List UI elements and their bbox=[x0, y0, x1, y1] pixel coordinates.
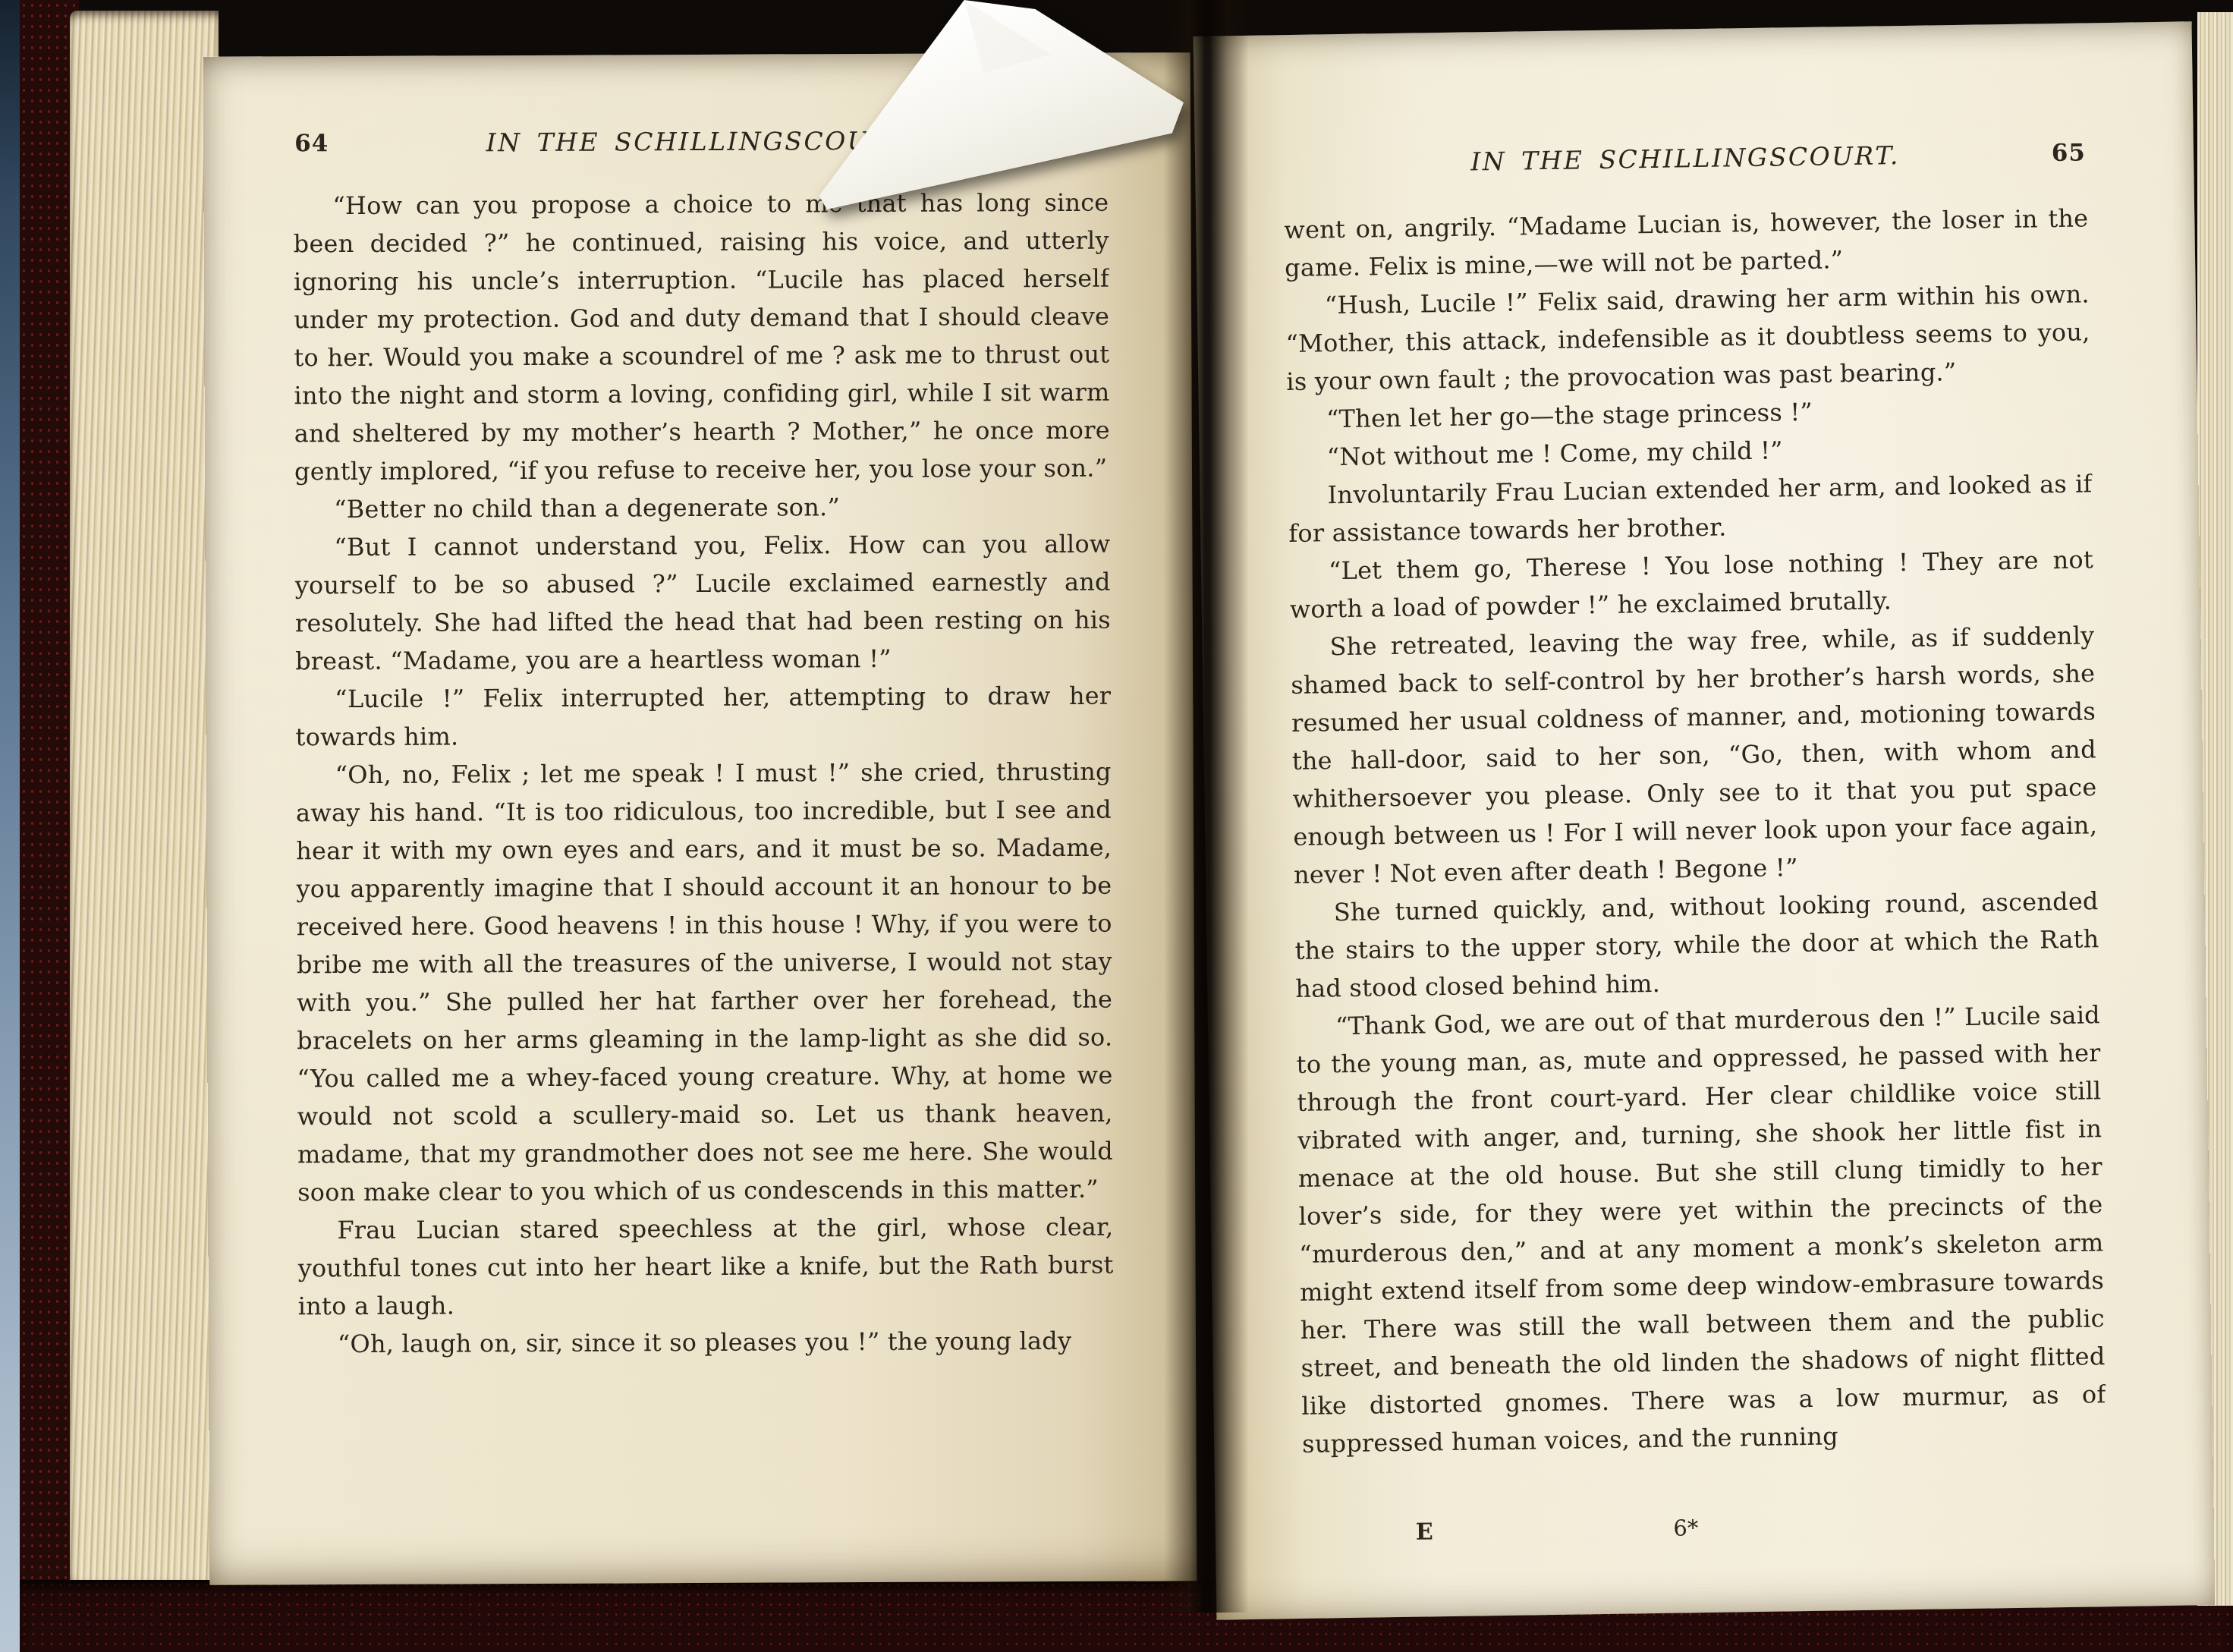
paragraph: “Oh, no, Felix ; let me speak ! I must !… bbox=[296, 753, 1114, 1212]
left-page-edge-stack bbox=[70, 11, 219, 1592]
left-page-number: 64 bbox=[294, 127, 329, 159]
paragraph: “Let them go, Therese ! You lose nothing… bbox=[1289, 540, 2094, 628]
paragraph: “But I cannot understand you, Felix. How… bbox=[294, 525, 1111, 681]
left-page: 64 IN THE SCHILLINGSCOURT. “How can you … bbox=[203, 52, 1197, 1585]
gutter-shadow bbox=[1164, 0, 1249, 1613]
right-page-number: 65 bbox=[2052, 137, 2087, 169]
paragraph: “Better no child than a degenerate son.” bbox=[294, 487, 1110, 529]
right-running-title: IN THE SCHILLINGSCOURT. bbox=[1470, 140, 1900, 176]
left-page-content: 64 IN THE SCHILLINGSCOURT. “How can you … bbox=[203, 52, 1197, 1509]
signature-mark: 6* bbox=[1673, 1515, 1698, 1540]
paper-bookmark bbox=[810, 0, 1205, 223]
left-page-text: “How can you propose a choice to me that… bbox=[293, 184, 1115, 1509]
paragraph: She retreated, leaving the way free, whi… bbox=[1290, 616, 2098, 894]
paragraph: went on, angrily. “Madame Lucian is, how… bbox=[1284, 199, 2089, 287]
open-book-scan: 64 IN THE SCHILLINGSCOURT. “How can you … bbox=[0, 0, 2233, 1652]
right-page-text: went on, angrily. “Madame Lucian is, how… bbox=[1284, 199, 2107, 1510]
paragraph: “Thank God, we are out of that murderous… bbox=[1296, 996, 2107, 1463]
paragraph: Frau Lucian stared speechless at the gir… bbox=[297, 1208, 1114, 1326]
paragraph: “How can you propose a choice to me that… bbox=[293, 184, 1110, 491]
right-page-header: IN THE SCHILLINGSCOURT. 65 bbox=[1283, 137, 2088, 181]
right-page: IN THE SCHILLINGSCOURT. 65 went on, angr… bbox=[1194, 21, 2216, 1619]
signature-letter: E bbox=[1416, 1518, 1433, 1545]
paragraph: Involuntarily Frau Lucian extended her a… bbox=[1288, 464, 2093, 552]
right-page-content: IN THE SCHILLINGSCOURT. 65 went on, angr… bbox=[1194, 21, 2215, 1558]
paragraph: She turned quickly, and, without looking… bbox=[1294, 882, 2099, 1008]
paragraph: “Oh, laugh on, sir, since it so pleases … bbox=[298, 1322, 1114, 1364]
paragraph: “Hush, Lucile !” Felix said, drawing her… bbox=[1285, 275, 2091, 401]
signature-row: E 6* bbox=[1304, 1509, 2109, 1557]
paragraph: “Lucile !” Felix interrupted her, attemp… bbox=[295, 677, 1111, 757]
